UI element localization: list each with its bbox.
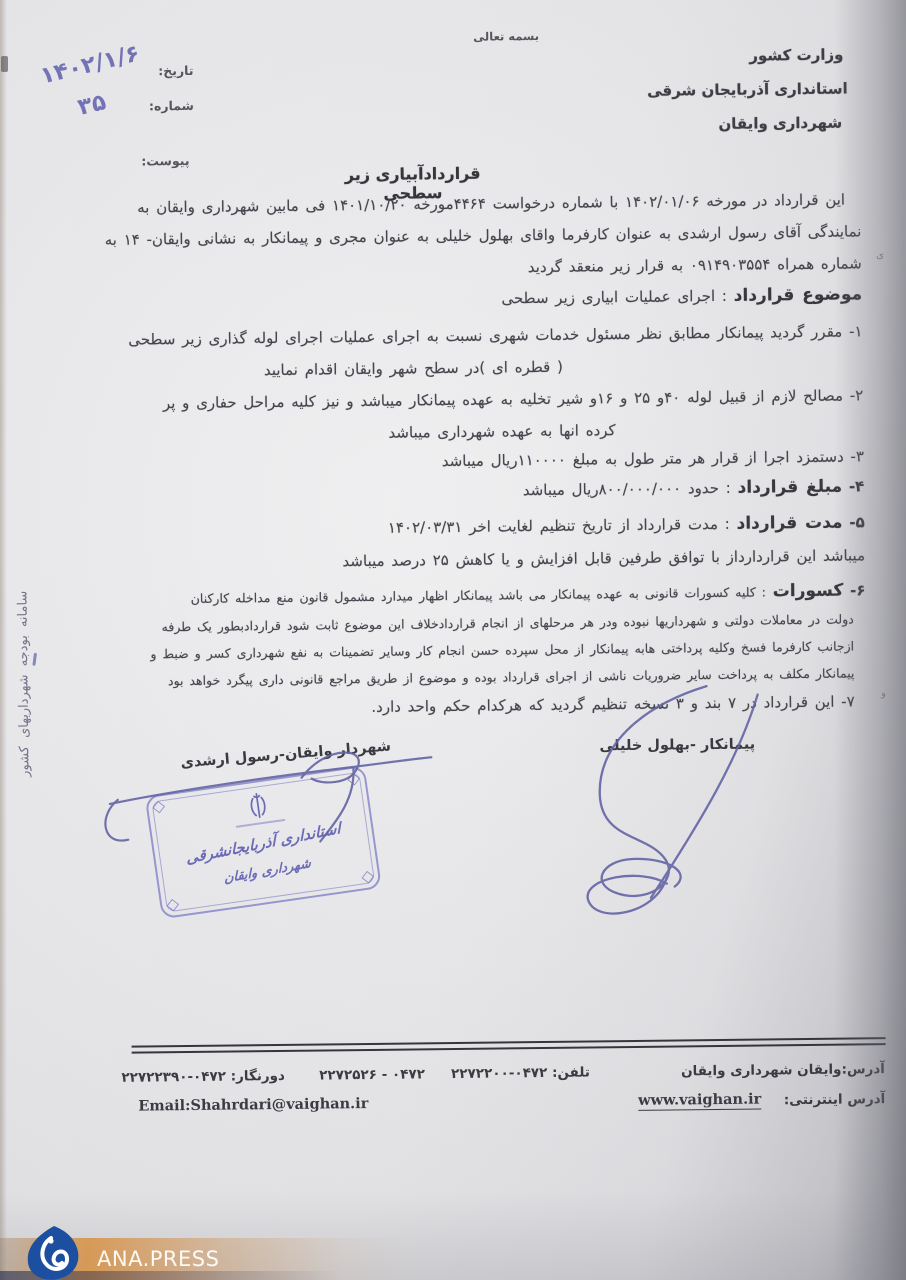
official-stamp: استانداری آذربایجانشرقی شهرداری وایقان xyxy=(145,765,382,919)
scan-artifact: ی xyxy=(876,250,884,261)
scanned-contract-photo: بسمه تعالی وزارت کشور استانداری آذربایجا… xyxy=(0,0,906,1280)
footer-phone-2: ۰۴۷۲ - ۲۲۷۲۵۲۶ xyxy=(319,1066,425,1083)
clause-5-line-1: ۵- مدت قرارداد : مدت قرارداد از تاریخ تن… xyxy=(388,512,865,537)
clause-3-line: ۳- دستمزد اجرا از قرار هر متر طول به مبل… xyxy=(442,447,864,470)
stamp-ornament xyxy=(152,801,165,814)
clause-5-text: : مدت قرارداد از تاریخ تنظیم لغایت اخر ۱… xyxy=(388,515,730,537)
clause-2-line-1: ۲- مصالح لازم از قبیل لوله ۴۰و ۲۵ و ۱۶و … xyxy=(163,386,864,412)
clause-4-label: مبلغ قرارداد xyxy=(737,477,842,498)
attachment-label: پیوست: xyxy=(141,153,189,169)
contractor-signature-label: پیمانکار -بهلول خلیلی xyxy=(599,737,755,755)
clause-6-text-1: : کلیه کسورات قانونی به عهده پیمانکار می… xyxy=(191,584,766,606)
scan-artifact: و xyxy=(881,688,886,699)
scan-right-shadow xyxy=(834,0,906,1280)
intro-line-2: نمایندگی آقای رسول ارشدی به عنوان کارفرم… xyxy=(105,222,862,249)
clause-2-line-2: کرده انها به عهده شهرداری میباشد xyxy=(388,421,615,442)
subject-line: موضوع قرارداد : اجرای عملیات ابیاری زیر … xyxy=(501,284,862,308)
stamp-governorate-text: استانداری آذربایجانشرقی xyxy=(156,813,371,873)
clause-4-line: ۴- مبلغ قرارداد : حدود ۸۰۰/۰۰۰/۰۰۰ریال م… xyxy=(523,476,865,500)
footer-divider xyxy=(132,1037,886,1054)
footer-website: www.vaighan.ir xyxy=(638,1091,761,1111)
letterhead-ministry: وزارت کشور xyxy=(749,46,843,65)
stamp-municipality-text: شهرداری وایقان xyxy=(160,845,375,899)
contractor-signature xyxy=(585,686,760,914)
clause-1-line-1: ۱- مقرر گردید پیمانکار مطابق نظر مسئول خ… xyxy=(128,322,862,348)
intro-line-1: این قرارداد در مورخه ۱۴۰۲/۰۱/۰۶ با شماره… xyxy=(137,191,845,217)
clause-6-label: کسورات xyxy=(773,581,844,602)
ana-press-logo-icon xyxy=(20,1224,86,1280)
handwritten-date: ۱۴۰۲/۱/۶ xyxy=(38,41,142,90)
clause-4-text: : حدود ۸۰۰/۰۰۰/۰۰۰ریال میباشد xyxy=(523,479,731,499)
stamp-ornament xyxy=(347,773,360,786)
footer-email: Email:Shahrdari@vaighan.ir xyxy=(138,1095,368,1115)
footer-phone: تلفن: ۰۴۷۲-۲۲۷۲۲۰۰ xyxy=(451,1064,590,1082)
number-label: شماره: xyxy=(149,98,194,114)
mayor-signature-label: شهردار وایقان-رسول ارشدی xyxy=(180,738,392,771)
bismillah-text: بسمه تعالی xyxy=(441,29,571,44)
clause-6-line-1: ۶- کسورات : کلیه کسورات قانونی به عهده پ… xyxy=(191,580,866,608)
watermark-label: ANA.PRESS xyxy=(97,1247,219,1271)
intro-line-3: شماره همراه ۰۹۱۴۹۰۳۵۵۴ به قرار زیر منعقد… xyxy=(528,254,862,276)
scan-artifact xyxy=(32,653,36,666)
clause-5-line-2: میباشد این قراردارداز با توافق طرفین قاب… xyxy=(342,546,865,570)
date-label: تاریخ: xyxy=(158,63,193,78)
handwritten-number: ۳۵ xyxy=(75,89,108,121)
clause-5-label: مدت قرارداد xyxy=(736,513,842,534)
iran-emblem-icon xyxy=(243,789,273,822)
stamp-small-text xyxy=(236,819,286,828)
budget-system-side-note: سامانه بودجه شهرداریهای کشور xyxy=(15,591,32,777)
clause-1-line-2: ( قطره ای )در سطح شهر وایقان اقدام نمایی… xyxy=(264,358,563,379)
footer-fax: دورنگار: ۰۴۷۲-۲۲۷۲۲۳۹۰ xyxy=(121,1068,285,1086)
clause-6-text-4: پیمانکار مکلف به پرداخت سایر ضروریات ناش… xyxy=(168,665,855,688)
letterhead-municipality: شهرداری وایقان xyxy=(718,114,842,133)
clause-6-text-3: ازجانب کارفرما فسخ وکلیه پرداختی هابه پی… xyxy=(150,638,854,661)
letterhead-governorate: استانداری آذربایجان شرقی xyxy=(647,79,848,99)
clause-7-line: ۷- این قرارداد در ۷ بند و ۳ نسخه تنظیم گ… xyxy=(371,692,855,715)
subject-text: : اجرای عملیات ابیاری زیر سطحی xyxy=(501,287,727,308)
stamp-ornament xyxy=(362,871,375,884)
stamp-ornament xyxy=(166,899,179,912)
contract-document: بسمه تعالی وزارت کشور استانداری آذربایجا… xyxy=(0,0,906,1280)
clause-6-text-2: دولت در معاملات دولتی و شهرداریها نبوده … xyxy=(162,611,854,634)
